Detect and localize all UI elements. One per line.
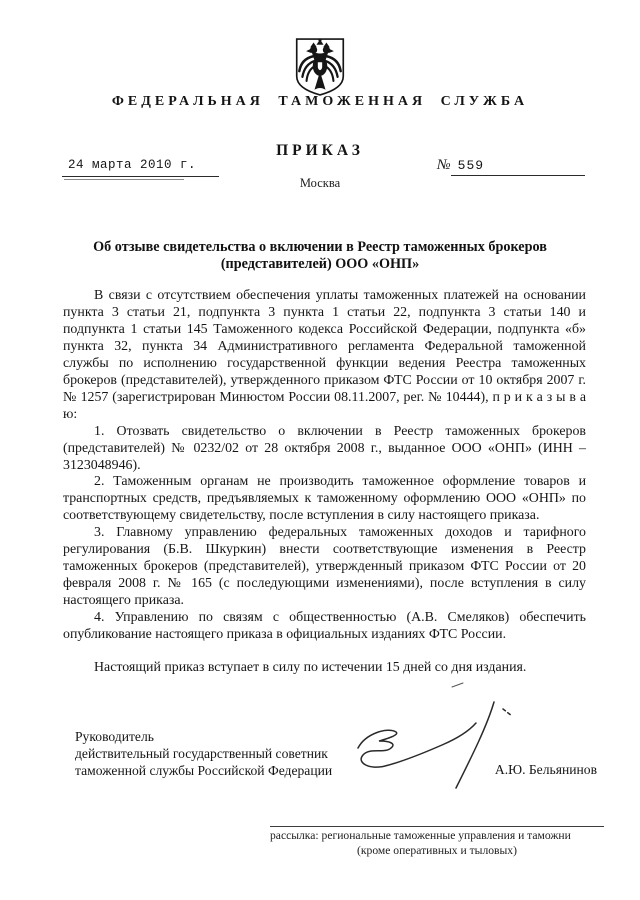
agency-name: ФЕДЕРАЛЬНАЯ ТАМОЖЕННАЯ СЛУЖБА (0, 94, 640, 110)
signature-position-block: Руководитель действительный государствен… (75, 728, 332, 779)
signature-position-line: действительный государственный советник (75, 745, 332, 762)
paragraph-preamble: В связи с отсутствием обеспечения уплаты… (63, 288, 586, 424)
paragraph-item-4: 4. Управлению по связям с общественность… (63, 610, 586, 644)
paragraph-closing: Настоящий приказ вступает в силу по исте… (63, 660, 586, 677)
number-value: 559 (458, 158, 484, 173)
document-page: ФЕДЕРАЛЬНАЯ ТАМОЖЕННАЯ СЛУЖБА ПРИКАЗ 24 … (0, 0, 640, 900)
document-body: В связи с отсутствием обеспечения уплаты… (63, 288, 586, 677)
document-title: Об отзыве свидетельства о включении в Ре… (72, 239, 568, 272)
date-value: 24 марта 2010 г. (68, 158, 196, 172)
distribution-line1: рассылка: региональные таможенные управл… (270, 829, 604, 844)
number-field: № 559 (437, 157, 585, 176)
handwritten-signature (330, 678, 540, 808)
signature-position-line: таможенной службы Российской Федерации (75, 762, 332, 779)
date-field: 24 марта 2010 г. (62, 155, 219, 177)
paragraph-item-1: 1. Отозвать свидетельство о включении в … (63, 424, 586, 475)
distribution-line2: (кроме оперативных и тыловых) (270, 844, 604, 859)
city-label: Москва (0, 176, 640, 191)
signature-position-line: Руководитель (75, 728, 332, 745)
number-sign: № (437, 157, 451, 174)
distribution-note: рассылка: региональные таможенные управл… (270, 826, 604, 858)
coat-of-arms-icon (294, 37, 346, 97)
paragraph-item-3: 3. Главному управлению федеральных тамож… (63, 525, 586, 610)
signatory-name: А.Ю. Бельянинов (495, 762, 597, 778)
paragraph-item-2: 2. Таможенным органам не производить там… (63, 474, 586, 525)
